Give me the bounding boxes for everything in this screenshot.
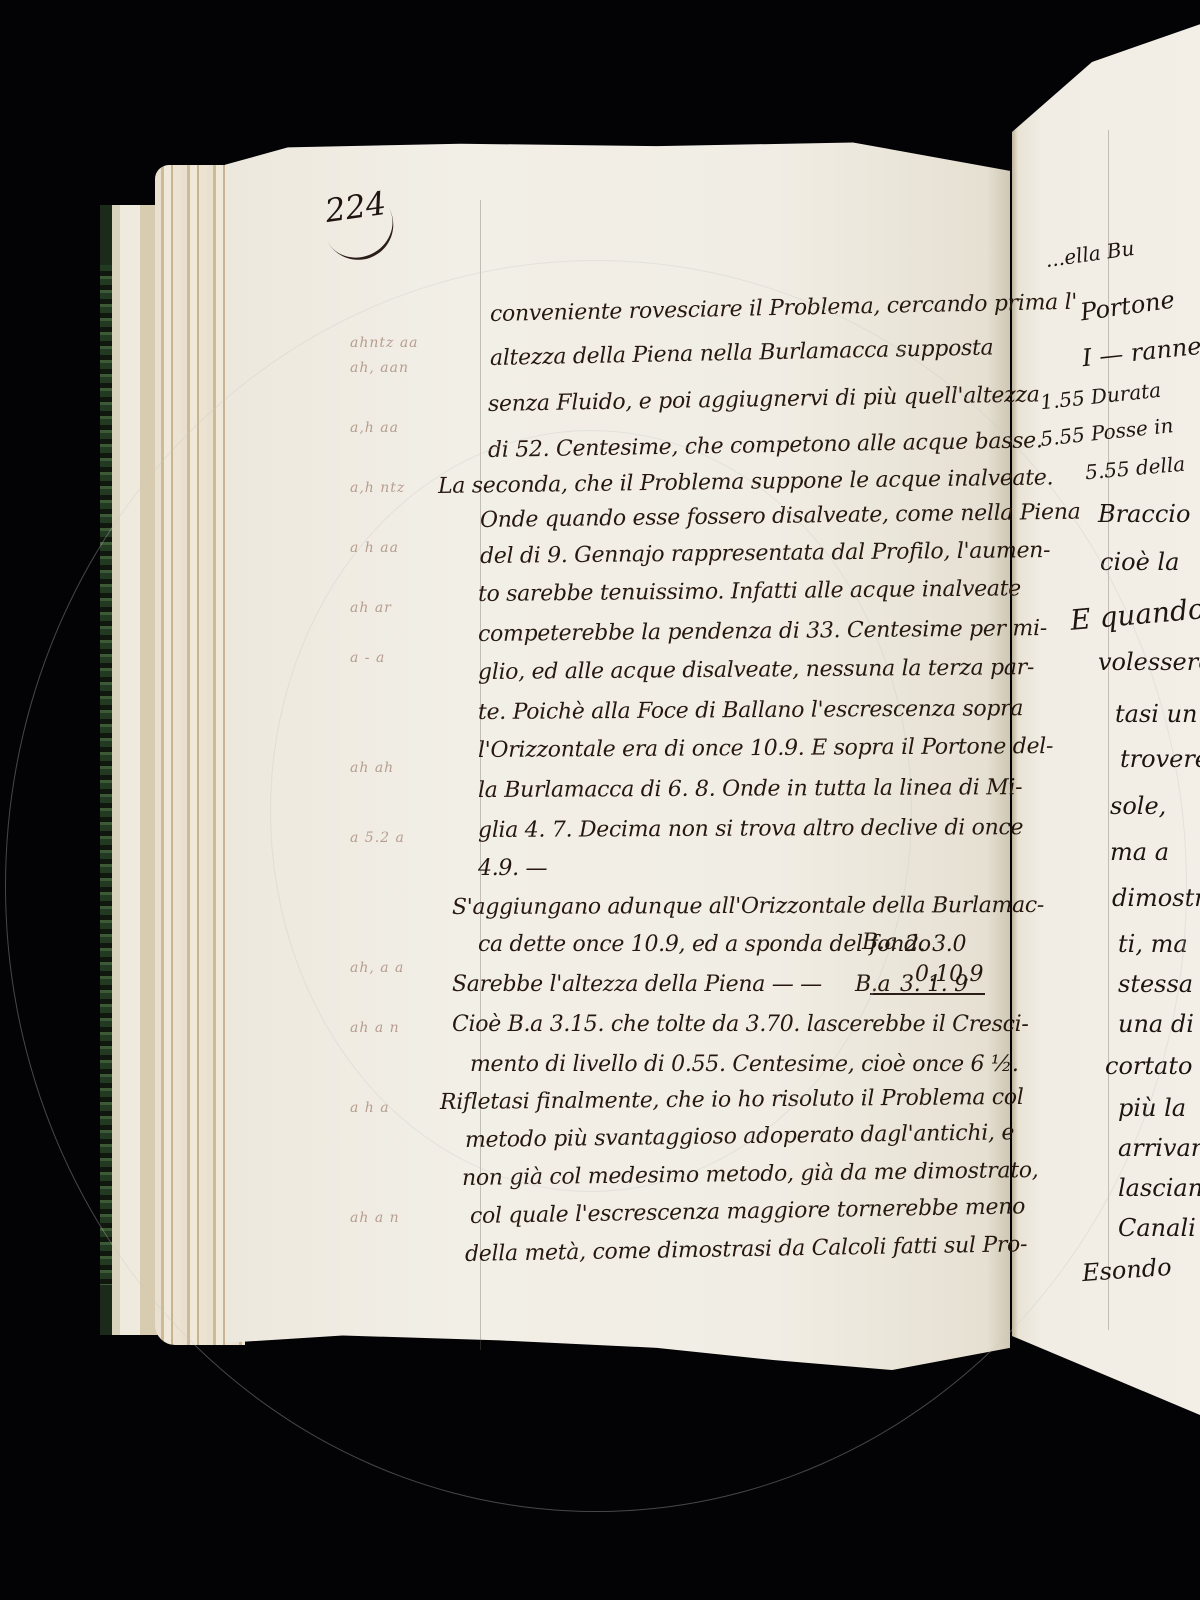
bleed-through-text: ahntz aa bbox=[350, 335, 419, 351]
right-page-fragment: arrivan bbox=[1118, 1134, 1200, 1162]
right-page-fragment: tasi un bbox=[1115, 700, 1198, 728]
manuscript-line: l'Orizzontale era di once 10.9. E sopra … bbox=[478, 734, 1053, 763]
bleed-through-text: ah, a a bbox=[350, 960, 404, 976]
right-page-fragment: trovereb bbox=[1120, 745, 1200, 773]
bleed-through-text: ah ar bbox=[350, 600, 392, 616]
right-page-fragment: Canali bbox=[1118, 1214, 1196, 1242]
manuscript-line: mento di livello di 0.55. Centesime, cio… bbox=[470, 1052, 1019, 1077]
right-page-fragment: volessero bbox=[1098, 648, 1200, 676]
manuscript-line: la Burlamacca di 6. 8. Onde in tutta la … bbox=[478, 775, 1022, 803]
manuscript-line: Cioè B.a 3.15. che tolte da 3.70. lascer… bbox=[452, 1012, 1029, 1037]
right-page-fragment: ti, ma bbox=[1118, 930, 1188, 958]
bleed-through-text: ah ah bbox=[350, 760, 394, 776]
bleed-through-text: ah a n bbox=[350, 1020, 400, 1036]
manuscript-line: glia 4. 7. Decima non si trova altro dec… bbox=[478, 815, 1023, 843]
right-page-fragment: più la bbox=[1118, 1094, 1186, 1122]
bleed-through-text: a,h ntz bbox=[350, 480, 405, 496]
right-page-fragment: cortato bbox=[1105, 1052, 1192, 1080]
manuscript-line: S'aggiungano adunque all'Orizzontale del… bbox=[452, 893, 1044, 920]
right-page-fragment: cioè la bbox=[1100, 548, 1179, 576]
manuscript-line: Rifletasi finalmente, che io ho risoluto… bbox=[440, 1085, 1024, 1115]
bleed-through-text: a 5.2 a bbox=[350, 830, 405, 846]
right-page-fragment: sole, bbox=[1110, 792, 1166, 820]
bleed-through-text: a,h aa bbox=[350, 420, 399, 436]
marbled-cover-edge bbox=[100, 265, 112, 1285]
right-page-fragment: ma a bbox=[1110, 838, 1169, 866]
manuscript-line: glio, ed alle acque disalveate, nessuna … bbox=[478, 655, 1034, 685]
bleed-through-text: a h a bbox=[350, 1100, 390, 1116]
calc-total-label: B.a bbox=[855, 972, 890, 997]
right-page-fragment: stessa bbox=[1118, 970, 1193, 998]
calc-row1-value: 2. 3.0 bbox=[905, 932, 966, 957]
bleed-through-text: a h aa bbox=[350, 540, 399, 556]
calc-total-value: 3. 1. 9 bbox=[900, 972, 968, 997]
calc-row1-label: B.a bbox=[862, 930, 897, 955]
right-page-fragment: lasciand bbox=[1118, 1174, 1200, 1202]
right-page-fragment: dimostr bbox=[1112, 884, 1200, 912]
bleed-through-text: ah a n bbox=[350, 1210, 400, 1226]
right-page-fragment: una di bbox=[1118, 1010, 1194, 1038]
manuscript-line: 4.9. — bbox=[478, 856, 547, 881]
manuscript-line: te. Poichè alla Foce di Ballano l'escres… bbox=[478, 696, 1023, 725]
manuscript-line: Sarebbe l'altezza della Piena — — bbox=[452, 972, 822, 997]
right-page-fragment: Braccio bbox=[1098, 500, 1190, 528]
bleed-through-text: a - a bbox=[350, 650, 385, 666]
bleed-through-text: ah, aan bbox=[350, 360, 409, 376]
